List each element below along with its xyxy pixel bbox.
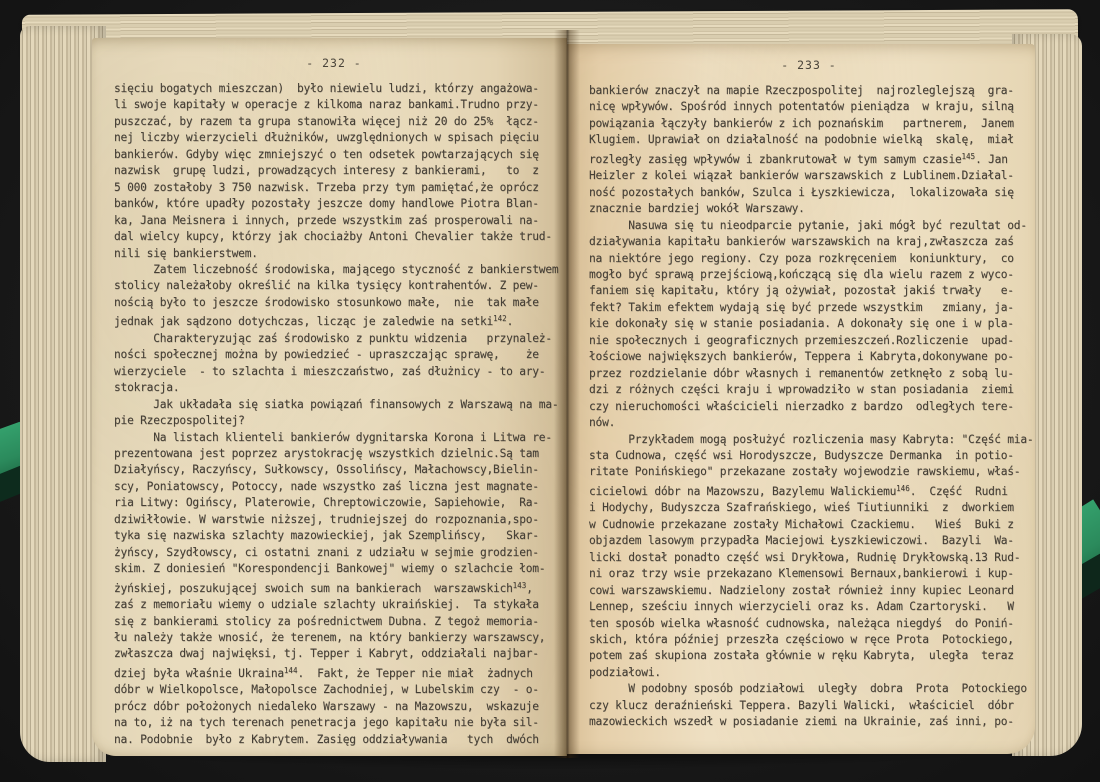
right-page-text: bankierów znaczył na mapie Rzeczpospolit… (589, 83, 1029, 731)
text-line: mogło być sprawą przejściową,kończącą si… (589, 267, 1029, 283)
book-gutter-shadow (554, 30, 580, 758)
text-line: się z bankierami stolicy za pośrednictwe… (114, 614, 557, 630)
text-line: Na listach klienteli bankierów dygnitars… (114, 430, 557, 446)
text-line: sięciu bogatych mieszczan) było niewielu… (114, 81, 557, 97)
text-line: stolicy należałoby określić na kilka tys… (114, 278, 557, 294)
text-line: mazowieckich wszedł w posiadanie ziemi n… (589, 714, 1029, 730)
text-line: dzi z różnych części kraju i wprowadziło… (589, 382, 1029, 398)
text-line: na to, iż na tych terenach penetracja je… (114, 715, 557, 731)
text-line: li swoje kapitały w operacje z kilkoma n… (114, 97, 557, 113)
text-line: nazwisk grupę ludzi, prowadzących intere… (114, 163, 557, 179)
text-line: dóbr w Wielkopolsce, Małopolsce Zachodni… (114, 682, 557, 698)
text-line: czy klucz deraźnieński Teppera. Bazyli W… (589, 698, 1029, 714)
text-line: żyńskiej, poszukującej swoich sum na ban… (114, 578, 557, 597)
text-line: zaś z memoriału wiemy o udziale szlachty… (114, 597, 557, 613)
text-line: potem zaś skupiona została głównie w ręk… (589, 648, 1029, 664)
text-line: łościowe największych bankierów, Teppera… (589, 349, 1029, 365)
text-line: prezentowana jest poprzez arystokrację w… (114, 446, 557, 462)
text-line: nością było to jeszcze środowisko stosun… (114, 295, 557, 311)
left-page: - 232 - sięciu bogatych mieszczan) było … (92, 38, 567, 756)
text-line: nów. (589, 415, 1029, 431)
text-line: Nasuwa się tu nieodparcie pytanie, jaki … (589, 218, 1029, 234)
text-line: Zatem liczebność środowiska, mającego st… (114, 262, 557, 278)
text-line: cicielowi dóbr na Mazowszu, Bazylemu Wal… (589, 481, 1029, 500)
text-line: fekt? Takim efektem wydają się być przed… (589, 300, 1029, 316)
text-line: Jak układała się siatka powiązań finanso… (114, 397, 557, 413)
text-line: zwłaszcza dwaj najwięksi, tj. Tepper i K… (114, 646, 557, 662)
text-line: znacznie bardziej wokół Warszawy. (589, 201, 1029, 217)
text-line: puszczać, by razem ta grupa stanowiła wi… (114, 114, 557, 130)
text-line: łu należy także wnosić, że terenem, na k… (114, 630, 557, 646)
text-line: licki dostał ponadto część wsi Drykłowa,… (589, 550, 1029, 566)
right-page-number: - 233 - (589, 58, 1029, 72)
text-line: przez rozdzielanie dóbr własnych i reman… (589, 366, 1029, 382)
text-line: kie dokonały się w stanie posiadania. A … (589, 316, 1029, 332)
text-line: dal wielcy kupcy, którzy jak chociażby A… (114, 229, 557, 245)
text-line: nicę wpływów. Spośród innych potentatów … (589, 99, 1029, 115)
text-line: czy nieruchomości właścicieli nierzadko … (589, 399, 1029, 415)
text-line: dziwiłłowie. W warstwie niższej, trudnie… (114, 512, 557, 528)
text-line: scy, Poniatowscy, Potoccy, nade wszystko… (114, 479, 557, 495)
text-line: nili się bankierstwem. (114, 246, 557, 262)
text-line: ni oraz trzy wsie przekazano Klemensowi … (589, 566, 1029, 582)
text-line: dziej była właśnie Ukraina144. Fakt, że … (114, 663, 557, 682)
text-line: powiązania łączyły bankierów z ich pozna… (589, 116, 1029, 132)
text-line: rozległy zasięg wpływów i zbankrutował w… (589, 149, 1029, 168)
text-line: ria Litwy: Ogińscy, Platerowie, Chreptow… (114, 495, 557, 511)
text-line: Lennep, sześciu innych wierzycieli oraz … (589, 599, 1029, 615)
text-line: bankierów. Gdyby więc zmniejszyć o ten o… (114, 147, 557, 163)
text-line: Charakteryzując zaś środowisko z punktu … (114, 331, 557, 347)
text-line: ność pozostałych banków, Szulca i Łyszki… (589, 185, 1029, 201)
text-line: Heizler z kolei wiązał bankierów warszaw… (589, 168, 1029, 184)
right-page: - 233 - bankierów znaczył na mapie Rzecz… (567, 44, 1035, 754)
text-line: i Hodychy, Budyszcza Szafrańskiego, wieś… (589, 500, 1029, 516)
left-page-text: sięciu bogatych mieszczan) było niewielu… (114, 81, 557, 748)
text-line: skim. Z doniesień "Korespondencji Bankow… (114, 561, 557, 577)
text-line: nie społecznych i geograficznych przemie… (589, 333, 1029, 349)
text-line: Przykładem mogą posłużyć rozliczenia mas… (589, 432, 1029, 448)
text-line: ności społecznej można by powiedzieć - u… (114, 347, 557, 363)
left-page-number: - 232 - (114, 56, 554, 70)
text-line: bankierów znaczył na mapie Rzeczpospolit… (589, 83, 1029, 99)
text-line: ritate Ponińskiego" przekazane zostały w… (589, 464, 1029, 480)
text-line: Klugiem. Uprawiał on działalność na podo… (589, 132, 1029, 148)
text-line: ka, Jana Meisnera i innych, przede wszys… (114, 213, 557, 229)
text-line: w Cudnowie przekazane zostały Michałowi … (589, 517, 1029, 533)
text-line: na. Podobnie było z Kabrytem. Zasięg odd… (114, 732, 557, 748)
text-line: cowi warszawskiemu. Nadzielony został ró… (589, 583, 1029, 599)
text-line: 5 000 zostałoby 3 750 nazwisk. Trzeba pr… (114, 180, 557, 196)
text-line: skich, która później przeszła częściowo … (589, 632, 1029, 648)
text-line: pie Rzeczpospolitej? (114, 413, 557, 429)
text-line: sta Cudnowa, część wsi Horodyszcze, Budy… (589, 448, 1029, 464)
text-line: Działyńscy, Raczyńscy, Sułkowscy, Ossoli… (114, 462, 557, 478)
text-line: działywania kapitału bankierów warszawsk… (589, 234, 1029, 250)
text-line: żyńscy, Szydłowscy, ci ostatni znani z u… (114, 545, 557, 561)
text-line: W podobny sposób podziałowi uległy dobra… (589, 681, 1029, 697)
photo-backdrop: - 232 - sięciu bogatych mieszczan) było … (0, 0, 1100, 782)
text-line: podziałowi. (589, 665, 1029, 681)
text-line: banków, które upadły pozostały jeszcze d… (114, 196, 557, 212)
text-line: nej liczby wierzycieli dłużników, uwzglę… (114, 130, 557, 146)
text-line: jednak jak sądzono dotychczas, licząc je… (114, 311, 557, 330)
text-line: prócz dóbr położonych niedaleko Warszawy… (114, 699, 557, 715)
text-line: tyka się nazwiska szlachty mazowieckiej,… (114, 528, 557, 544)
text-line: ten sposób wielka własność cudnowska, na… (589, 616, 1029, 632)
text-line: objazdem lasowym przypadła Maciejowi Łys… (589, 533, 1029, 549)
text-line: wierzyciele - to szlachta i mieszczaństw… (114, 364, 557, 380)
text-line: faniem się kapitału, który ją ożywiał, p… (589, 283, 1029, 299)
text-line: stokracja. (114, 380, 557, 396)
text-line: na niektóre jego regiony. Czy poza rozkr… (589, 251, 1029, 267)
